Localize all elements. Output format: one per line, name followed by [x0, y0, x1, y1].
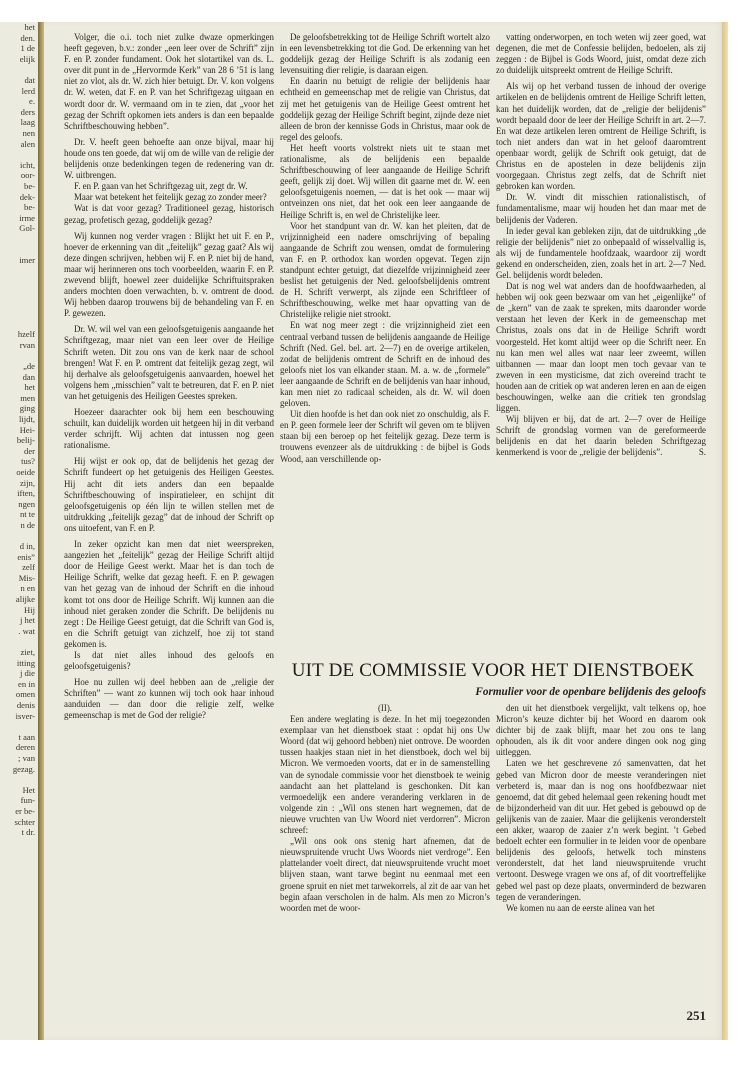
prev-page-line: der: [0, 446, 38, 457]
prev-page-line: t dr.: [0, 827, 38, 838]
paragraph: Dr. W. vindt dit misschien rationalistis…: [496, 192, 706, 225]
prev-page-line: tus?: [0, 456, 38, 467]
prev-page-line: [0, 266, 38, 277]
prev-page-line: het: [0, 22, 38, 33]
prev-page-line: [0, 149, 38, 160]
paragraph: Voor het standpunt van dr. W. kan het pl…: [280, 221, 490, 321]
prev-page-line: dat: [0, 75, 38, 86]
part-number: (II).: [280, 703, 490, 714]
prev-page-line: [0, 287, 38, 298]
prev-page-line: enis”: [0, 552, 38, 563]
prev-page-line: [0, 350, 38, 361]
paragraph: „Wil ons ook ons stenig hart afnemen, da…: [280, 836, 490, 914]
prev-page-line: Hei-: [0, 425, 38, 436]
prev-page-line: be-: [0, 202, 38, 213]
prev-page-line: het: [0, 382, 38, 393]
prev-page-line: e.: [0, 96, 38, 107]
prev-page-line: [0, 244, 38, 255]
prev-page-line: denis: [0, 700, 38, 711]
paragraph: F. en P. gaan van het Schriftgezag uit, …: [64, 181, 274, 192]
prev-page-line: icht,: [0, 160, 38, 171]
paragraph: Wat is dat voor gezag? Traditioneel geza…: [64, 203, 274, 225]
prev-page-line: iften,: [0, 488, 38, 499]
prev-page-line: omen: [0, 689, 38, 700]
prev-page-line: [0, 636, 38, 647]
prev-page-line: Het: [0, 785, 38, 796]
column-4: (II).Een andere weglating is deze. In he…: [280, 703, 490, 914]
prev-page-line: den.: [0, 33, 38, 44]
prev-page-line: en in: [0, 679, 38, 690]
prev-page-line: n en: [0, 583, 38, 594]
prev-page-line: ging: [0, 403, 38, 414]
prev-page-line: [0, 64, 38, 75]
paragraph: En daarin nu betuigt de religie der beli…: [280, 76, 490, 143]
prev-page-line: Hij: [0, 605, 38, 616]
prev-page-line: be-: [0, 181, 38, 192]
column-2: De geloofsbetrekking tot de Heilige Schr…: [280, 32, 490, 465]
prev-page-line: t aan: [0, 732, 38, 743]
paragraph: Als wij op het verband tussen de inhoud …: [496, 81, 706, 192]
prev-page-line: [0, 774, 38, 785]
prev-page-line: . wat: [0, 626, 38, 637]
prev-page-line: [0, 297, 38, 308]
prev-page-line: deren: [0, 742, 38, 753]
prev-page-line: zelf: [0, 562, 38, 573]
prev-page-line: Gol-: [0, 223, 38, 234]
prev-page-line: n de: [0, 520, 38, 531]
prev-page-line: laag: [0, 117, 38, 128]
prev-page-line: nen: [0, 128, 38, 139]
prev-page-line: dan: [0, 372, 38, 383]
paragraph: We komen nu aan de eerste alinea van het: [496, 903, 706, 914]
paragraph: Wij blijven er bij, dat de art. 2—7 over…: [496, 414, 706, 458]
prev-page-line: er be-: [0, 806, 38, 817]
paragraph: Wij kunnen nog verder vragen : Blijkt he…: [64, 231, 274, 320]
paragraph: den uit het dienstboek vergelijkt, valt …: [496, 703, 706, 758]
prev-page-line: rvan: [0, 340, 38, 351]
paragraph: Dr. W. wil wel van een geloofsgetuigenis…: [64, 324, 274, 402]
prev-page-line: isver-: [0, 711, 38, 722]
prev-page-line: gezag.: [0, 764, 38, 775]
paragraph: vatting onderworpen, en toch weten wij z…: [496, 32, 706, 76]
prev-page-line: itting: [0, 658, 38, 669]
paragraph: Dat is nog wel wat anders dan de hoofdwa…: [496, 281, 706, 414]
prev-page-line: alijke: [0, 594, 38, 605]
prev-page-line: nt te: [0, 509, 38, 520]
prev-page-line: belij-: [0, 435, 38, 446]
prev-page-line: [0, 319, 38, 330]
prev-page-line: [0, 276, 38, 287]
paragraph: In zeker opzicht kan men dat niet weersp…: [64, 539, 274, 650]
paragraph: Hoezeer daarachter ook bij hem een besch…: [64, 407, 274, 451]
paragraph: Het heeft voorts volstrekt niets uit te …: [280, 143, 490, 221]
prev-page-line: [0, 234, 38, 245]
section-subheading: Formulier voor de openbare belijdenis de…: [280, 686, 706, 698]
paragraph: De geloofsbetrekking tot de Heilige Schr…: [280, 32, 490, 76]
paragraph: Maar wat betekent het feitelijk gezag zo…: [64, 192, 274, 203]
prev-page-line: ; van: [0, 753, 38, 764]
paragraph: En wat nog meer zegt : die vrijzinnighei…: [280, 320, 490, 409]
book-page: Volger, die o.i. toch niet zulke dwaze o…: [44, 22, 726, 1040]
prev-page-line: alen: [0, 139, 38, 150]
prev-page-line: ngen: [0, 499, 38, 510]
prev-page-line: dek-: [0, 192, 38, 203]
column-1: Volger, die o.i. toch niet zulke dwaze o…: [64, 32, 274, 722]
column-3: vatting onderworpen, en toch weten wij z…: [496, 32, 706, 459]
prev-page-line: lijdt,: [0, 414, 38, 425]
paragraph: Volger, die o.i. toch niet zulke dwaze o…: [64, 32, 274, 132]
prev-page-line: 1 de: [0, 43, 38, 54]
prev-page-line: [0, 308, 38, 319]
prev-page-line: elijk: [0, 54, 38, 65]
prev-page-line: [0, 531, 38, 542]
column-5: den uit het dienstboek vergelijkt, valt …: [496, 703, 706, 914]
page-number: 251: [666, 1008, 706, 1024]
paragraph: Dr. V. heeft geen behoefte aan onze bijv…: [64, 137, 274, 181]
prev-page-line: d in,: [0, 541, 38, 552]
paragraph: In ieder geval kan gebleken zijn, dat de…: [496, 226, 706, 281]
prev-page-line: lerd: [0, 86, 38, 97]
prev-page-line: ders: [0, 107, 38, 118]
prev-page-line: men: [0, 393, 38, 404]
prev-page-line: „de: [0, 361, 38, 372]
prev-page-line: j het: [0, 615, 38, 626]
page-edge: [722, 22, 728, 1040]
prev-page-line: [0, 721, 38, 732]
prev-page-line: imer: [0, 255, 38, 266]
prev-page-line: oor-: [0, 170, 38, 181]
prev-page-line: schter: [0, 817, 38, 828]
prev-page-line: oeide: [0, 467, 38, 478]
paragraph: Laten we het geschrevene zó samenvatten,…: [496, 758, 706, 902]
paragraph: Is dat niet alles inhoud des geloofs en …: [64, 650, 274, 672]
author-signature: S.: [689, 447, 706, 458]
prev-page-line: Mis-: [0, 573, 38, 584]
prev-page-line: zijn,: [0, 478, 38, 489]
prev-page-line: fun-: [0, 795, 38, 806]
prev-page-line: irme: [0, 213, 38, 224]
section-heading: UIT DE COMMISSIE VOOR HET DIENSTBOEK: [280, 660, 706, 682]
paragraph: Uit dien hoofde is het dan ook niet zo o…: [280, 409, 490, 464]
prev-page-line: j die: [0, 668, 38, 679]
paragraph: Een andere weglating is deze. In het mij…: [280, 714, 490, 836]
prev-page-line: hzelf: [0, 329, 38, 340]
prev-page-line: ziet,: [0, 647, 38, 658]
paragraph: Hij wijst er ook op, dat de belijdenis h…: [64, 456, 274, 534]
paragraph: Hoe nu zullen wij deel hebben aan de „re…: [64, 677, 274, 721]
previous-page-margin: hetden.1 deelijk datlerde.derslaagnenale…: [0, 22, 38, 1040]
